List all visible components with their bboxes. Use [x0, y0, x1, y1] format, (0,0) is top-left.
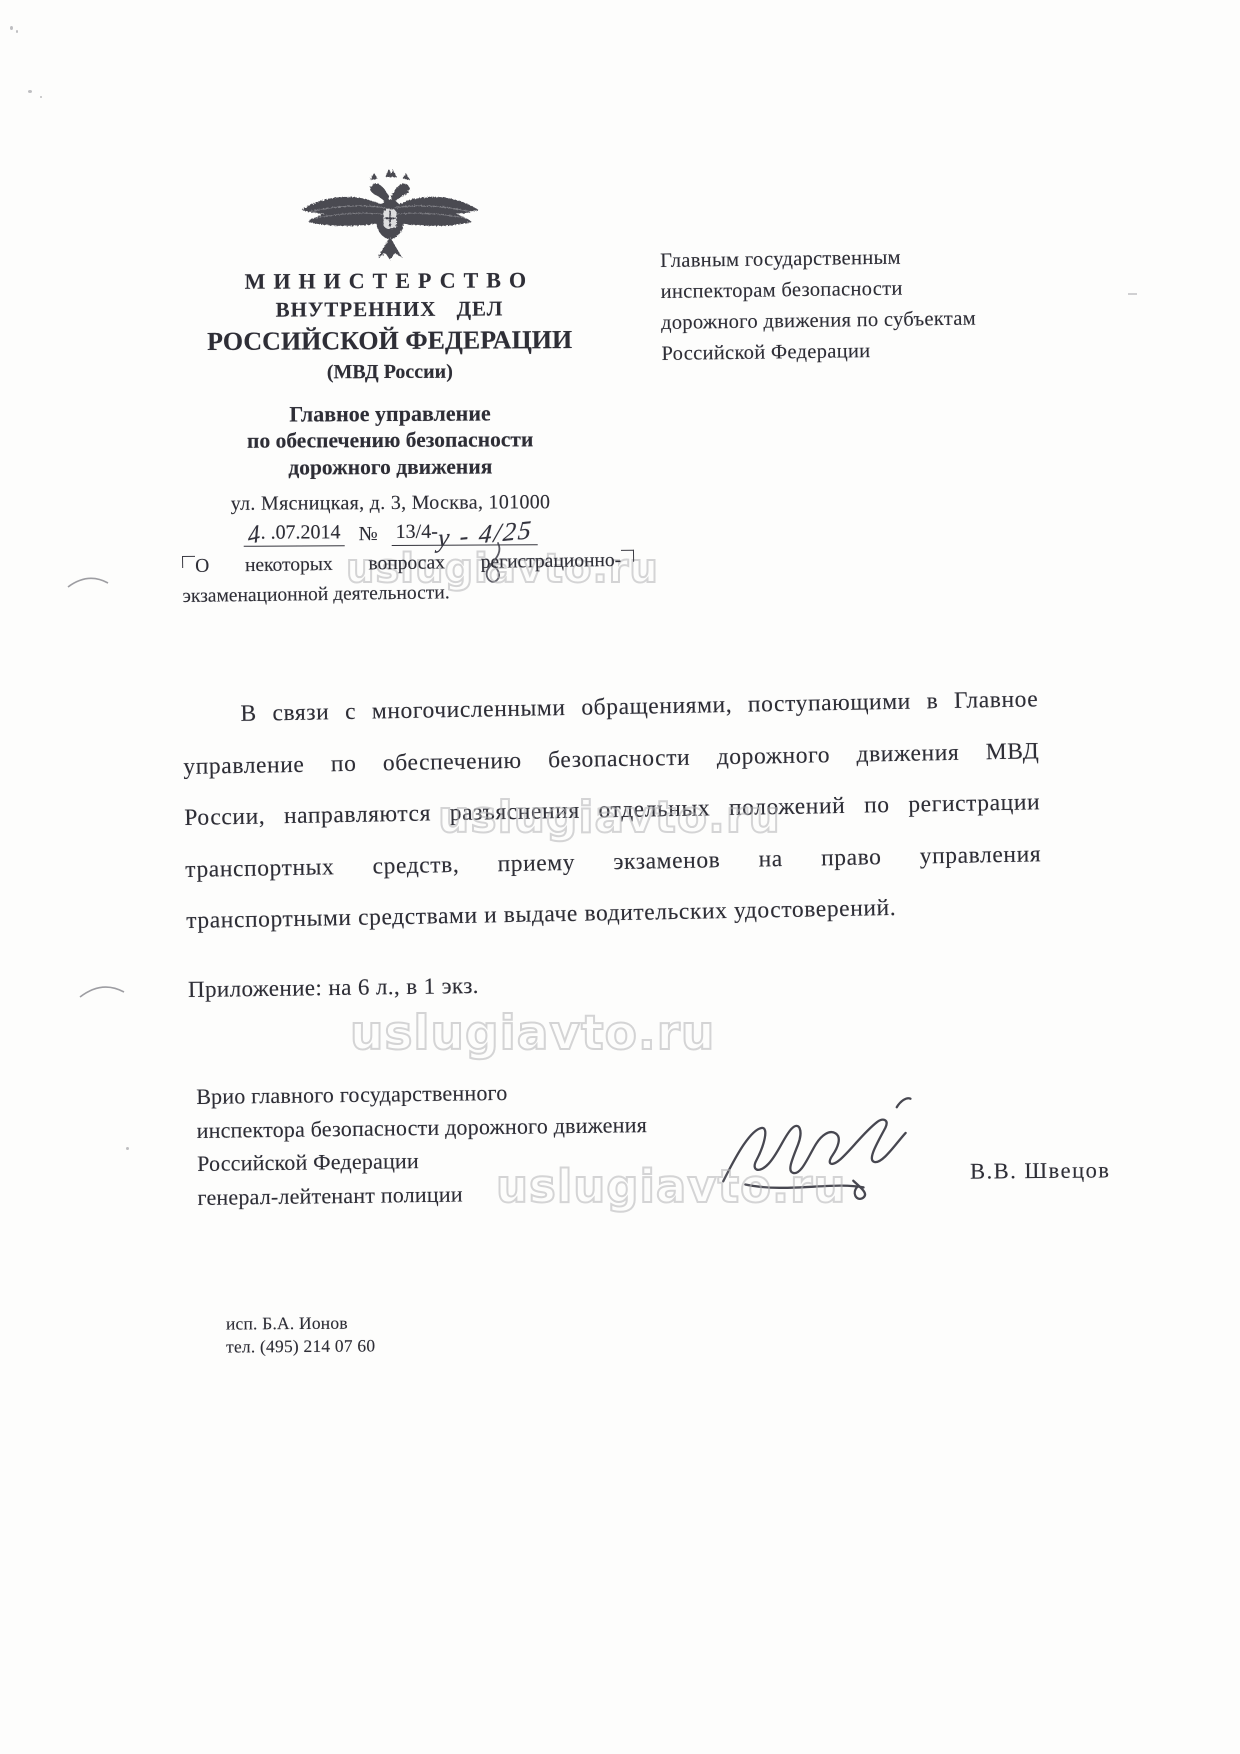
margin-arc-mark — [78, 980, 126, 1000]
body-paragraph: В связи с многочисленными обращениями, п… — [182, 674, 1043, 947]
subject-line1: О некоторых вопросах регистрационно- — [195, 550, 621, 577]
scan-speck — [40, 96, 42, 98]
number-printed: 13/4- — [396, 521, 438, 544]
subject-block: О некоторых вопросах регистрационно- экз… — [182, 550, 635, 608]
executor-name: исп. Б.А. Ионов — [226, 1311, 375, 1335]
signatory-position-line: генерал-лейтенант полиции — [197, 1173, 797, 1214]
handwritten-signature — [708, 1082, 927, 1207]
executor-phone: тел. (495) 214 07 60 — [226, 1334, 375, 1358]
scan-speck — [10, 26, 13, 30]
date-printed: . .07.2014 — [260, 521, 340, 544]
subject-line2: экзаменационной деятельности. — [182, 580, 634, 608]
subject-line1-row: О некоторых вопросах регистрационно- — [182, 550, 634, 578]
scan-speck — [28, 90, 32, 93]
ministry-abbreviation: (МВД России) — [170, 360, 610, 385]
address-line: ул. Мясницкая, д. 3, Москва, 101000 — [170, 491, 610, 516]
department-line2: по обеспечению безопасности — [170, 426, 610, 455]
ministry-name-line2: ВНУТРЕННИХ ДЕЛ — [169, 296, 609, 323]
corner-bracket-left-icon — [182, 556, 195, 568]
recipient-line: Российской Федерации — [661, 334, 1021, 370]
scan-speck — [1128, 293, 1137, 295]
number-field: 13/4- у - 4/25 — [392, 520, 538, 546]
corner-bracket-right-icon — [621, 550, 634, 562]
date-field: 4 . .07.2014 — [244, 521, 345, 547]
mvd-emblem-icon — [296, 164, 484, 264]
recipient-line: дорожного движения по субъектам — [661, 303, 1021, 339]
recipient-line: Главным государственным — [660, 241, 1020, 277]
department-line3: дорожного движения — [170, 453, 610, 482]
recipient-block: Главным государственным инспекторам безо… — [660, 241, 1022, 370]
attachment-note: Приложение: на 6 л., в 1 экз. — [188, 973, 479, 1003]
ministry-name-line3: РОССИЙСКОЙ ФЕДЕРАЦИИ — [170, 325, 610, 357]
scanned-letter-page: МИНИСТЕРСТВО ВНУТРЕННИХ ДЕЛ РОССИЙСКОЙ Ф… — [0, 0, 1240, 1754]
number-sign: № — [358, 523, 377, 546]
department-line1: Главное управление — [170, 400, 610, 428]
letterhead: МИНИСТЕРСТВО ВНУТРЕННИХ ДЕЛ РОССИЙСКОЙ Ф… — [169, 267, 610, 547]
handwritten-date-day: 4 — [248, 525, 262, 546]
executor-block: исп. Б.А. Ионов тел. (495) 214 07 60 — [226, 1311, 376, 1358]
signatory-name: В.В. Швецов — [970, 1157, 1111, 1184]
scan-speck — [126, 1147, 129, 1150]
scan-speck — [16, 30, 18, 33]
watermark-text: uslugiavto.ru — [350, 1006, 715, 1061]
recipient-line: инспекторам безопасности — [660, 272, 1020, 308]
ministry-name-line1: МИНИСТЕРСТВО — [169, 267, 609, 295]
date-number-row: 4 . .07.2014 № 13/4- у - 4/25 — [171, 520, 611, 547]
margin-arc-mark — [66, 572, 110, 590]
